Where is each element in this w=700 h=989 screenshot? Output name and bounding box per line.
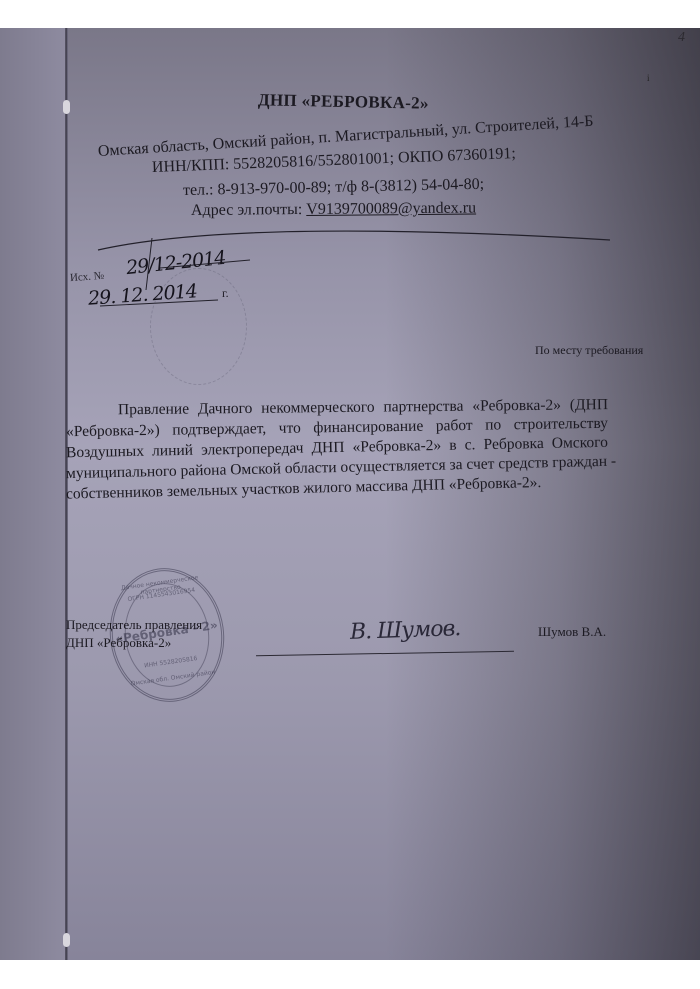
year-suffix: г. — [222, 286, 229, 301]
letter-body: Правление Дачного некоммерческого партне… — [66, 398, 608, 498]
document-photo: 4 i ДНП «РЕБРОВКА-2» Омская область, Омс… — [0, 28, 700, 960]
signer-name: Шумов В.А. — [538, 624, 606, 640]
recipient-line: По месту требования — [535, 343, 643, 358]
letter-sheet: 4 i ДНП «РЕБРОВКА-2» Омская область, Омс… — [0, 28, 700, 960]
outgoing-ref-label: Исх. № — [70, 270, 105, 284]
signer-organization: ДНП «Ребровка-2» — [66, 634, 171, 652]
signer-position: Председатель правления — [66, 616, 202, 634]
handwritten-signature: В. Шумов. — [350, 616, 461, 645]
